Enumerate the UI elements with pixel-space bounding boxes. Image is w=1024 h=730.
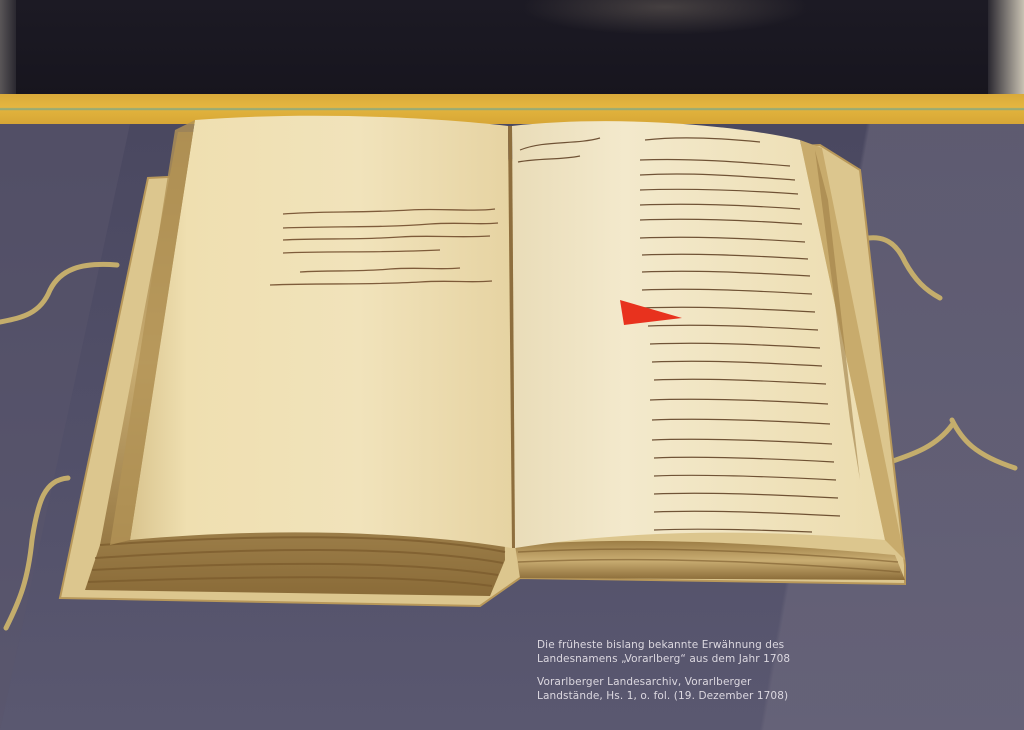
caption-line-2: Landesnamens „Vorarlberg“ aus dem Jahr 1…	[537, 653, 790, 665]
exhibit-label: Die früheste bislang bekannte Erwähnung …	[537, 638, 797, 712]
caption-line-3: Vorarlberger Landesarchiv, Vorarlberger	[537, 676, 751, 688]
caption-line-1: Die früheste bislang bekannte Erwähnung …	[537, 639, 784, 651]
caption-line-4: Landstände, Hs. 1, o. fol. (19. Dezember…	[537, 690, 788, 702]
exhibit-label-title: Die früheste bislang bekannte Erwähnung …	[537, 638, 797, 666]
open-manuscript	[0, 0, 1024, 730]
exhibit-label-source: Vorarlberger Landesarchiv, Vorarlberger …	[537, 675, 797, 703]
